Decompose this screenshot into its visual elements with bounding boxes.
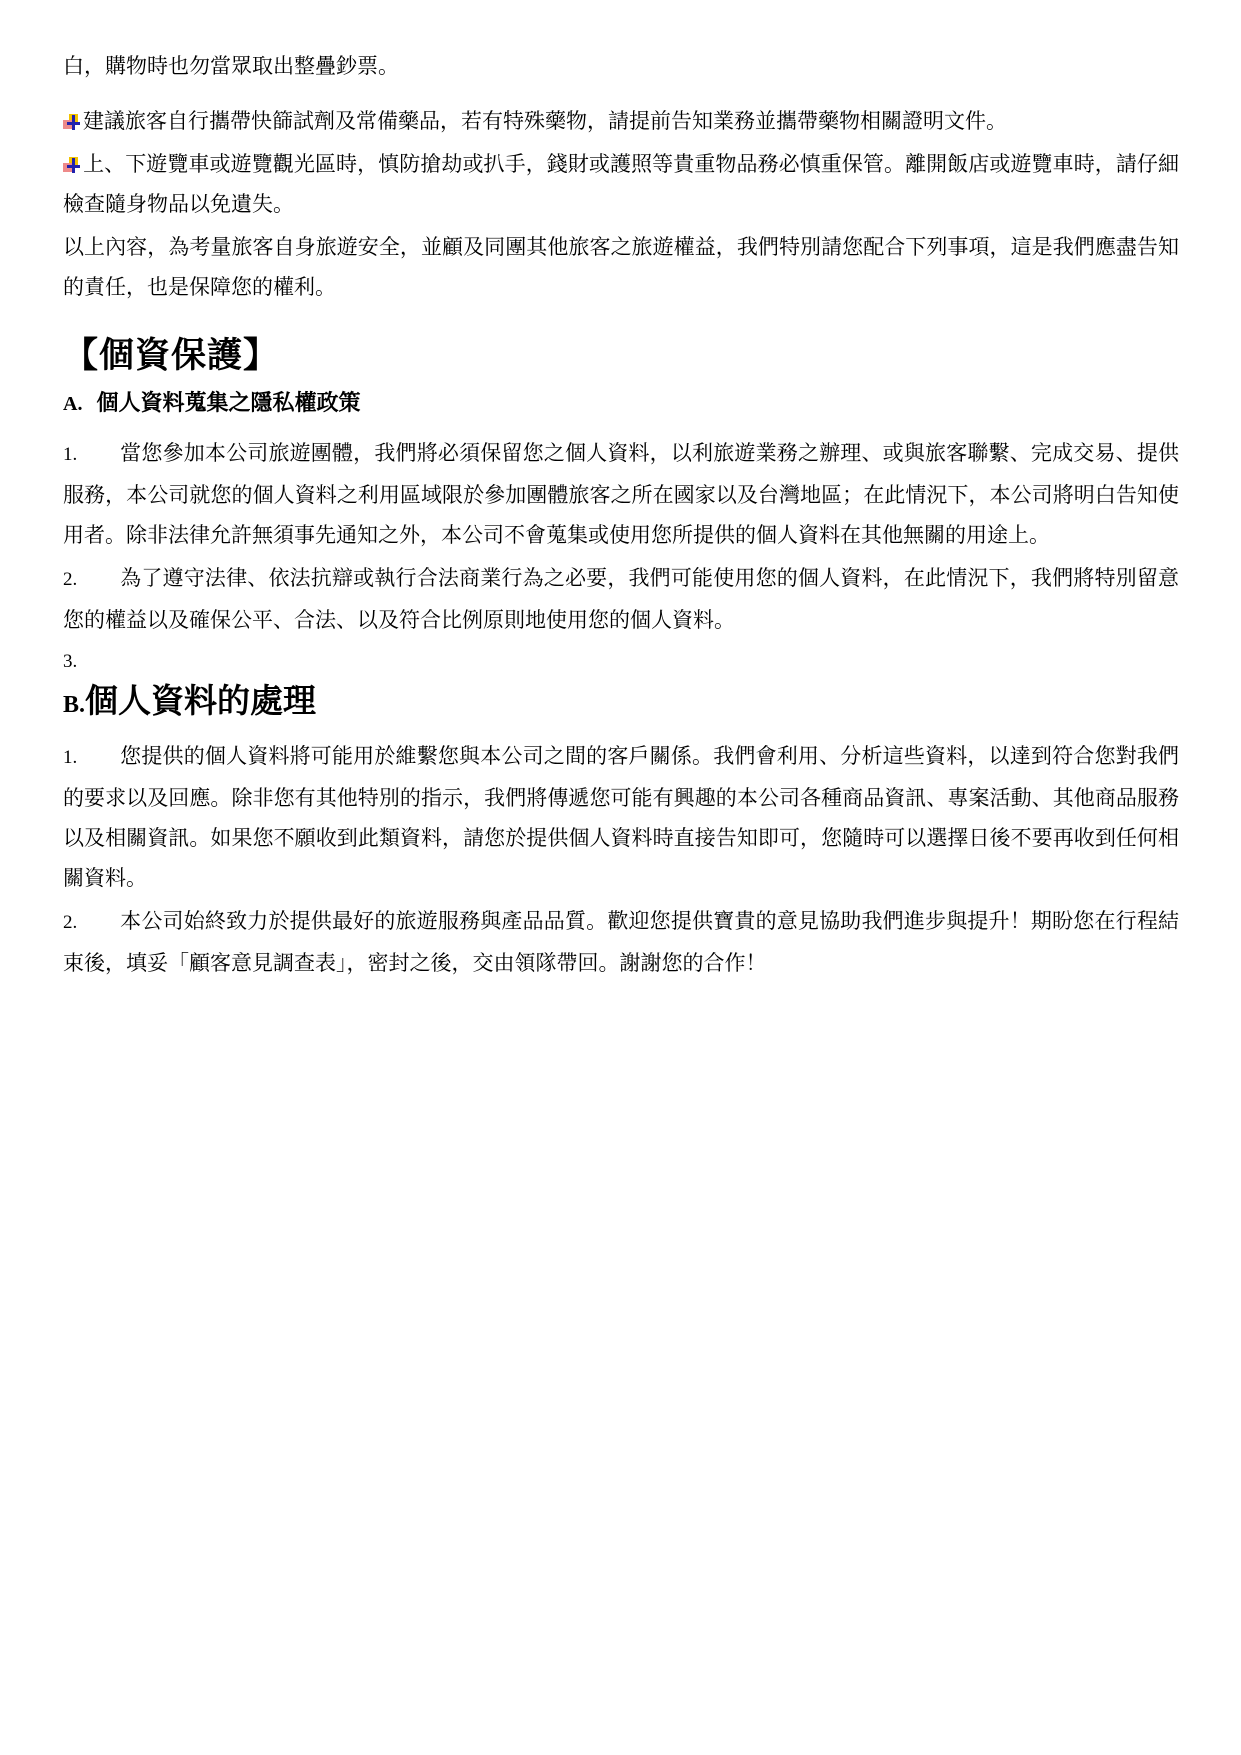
section-heading-privacy: 【個資保護】 xyxy=(63,334,1179,378)
numbered-item: 3. xyxy=(63,643,1179,679)
subsection-a-heading: A.個人資料蒐集之隱私權政策 xyxy=(63,388,1179,419)
item-number: 2. xyxy=(63,560,120,600)
item-number: 2. xyxy=(63,903,120,943)
colored-cross-bullet-icon xyxy=(63,157,81,173)
bullet-item: 建議旅客自行攜帶快篩試劑及常備藥品，若有特殊藥物，請提前告知業務並攜帶藥物相關證… xyxy=(63,101,1179,141)
item-number: 3. xyxy=(63,645,120,679)
item-number: 1. xyxy=(63,435,120,475)
item-text: 本公司始終致力於提供最好的旅遊服務與產品品質。歡迎您提供寶貴的意見協助我們進步與… xyxy=(63,909,1179,975)
item-text: 您提供的個人資料將可能用於維繫您與本公司之間的客戶關係。我們會利用、分析這些資料… xyxy=(63,744,1179,890)
item-text: 為了遵守法律、依法抗辯或執行合法商業行為之必要，我們可能使用您的個人資料，在此情… xyxy=(63,566,1179,632)
numbered-item: 2.為了遵守法律、依法抗辯或執行合法商業行為之必要，我們可能使用您的個人資料，在… xyxy=(63,558,1179,640)
numbered-item: 2.本公司始終致力於提供最好的旅遊服務與產品品質。歡迎您提供寶貴的意見協助我們進… xyxy=(63,901,1179,983)
numbered-item: 1.當您參加本公司旅遊團體，我們將必須保留您之個人資料，以利旅遊業務之辦理、或與… xyxy=(63,433,1179,555)
bullet-item: 上、下遊覽車或遊覽觀光區時，慎防搶劫或扒手，錢財或護照等貴重物品務必慎重保管。離… xyxy=(63,144,1179,224)
item-text: 當您參加本公司旅遊團體，我們將必須保留您之個人資料，以利旅遊業務之辦理、或與旅客… xyxy=(63,441,1179,547)
closing-paragraph: 以上內容，為考量旅客自身旅遊安全，並顧及同團其他旅客之旅遊權益，我們特別請您配合… xyxy=(63,227,1179,307)
numbered-item: 1.您提供的個人資料將可能用於維繫您與本公司之間的客戶關係。我們會利用、分析這些… xyxy=(63,736,1179,898)
item-number: 1. xyxy=(63,738,120,778)
subsection-a-label: A. xyxy=(63,393,82,415)
bullet-item-text: 上、下遊覽車或遊覽觀光區時，慎防搶劫或扒手，錢財或護照等貴重物品務必慎重保管。離… xyxy=(63,152,1179,216)
subsection-b-label: B. xyxy=(63,692,85,718)
document-page: 白，購物時也勿當眾取出整疊鈔票。 建議旅客自行攜帶快篩試劑及常備藥品，若有特殊藥… xyxy=(0,0,1241,1755)
subsection-a-title: 個人資料蒐集之隱私權政策 xyxy=(96,390,360,415)
bullet-item-text: 建議旅客自行攜帶快篩試劑及常備藥品，若有特殊藥物，請提前告知業務並攜帶藥物相關證… xyxy=(83,109,1007,133)
carryover-paragraph: 白，購物時也勿當眾取出整疊鈔票。 xyxy=(63,46,1179,86)
subsection-b-heading: B.個人資料的處理 xyxy=(63,681,1179,726)
subsection-b-title: 個人資料的處理 xyxy=(85,684,316,720)
colored-cross-bullet-icon xyxy=(63,114,81,130)
